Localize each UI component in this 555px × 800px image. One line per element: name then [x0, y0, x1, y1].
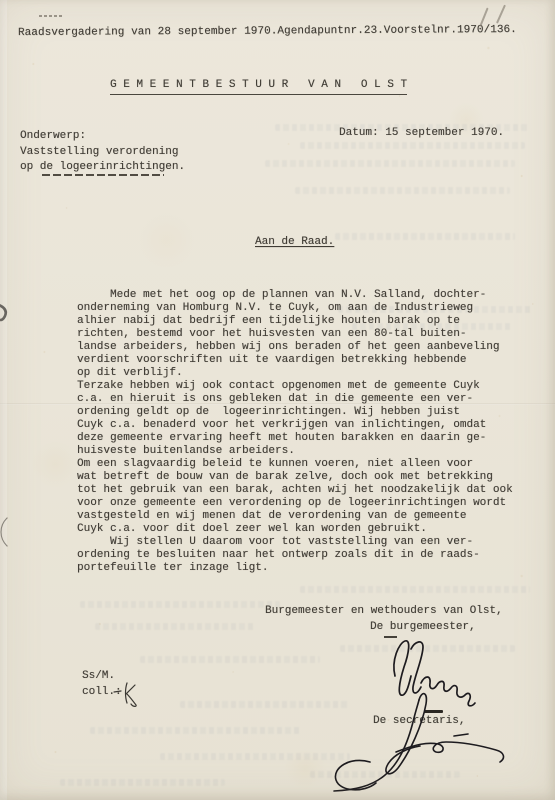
mayor-signature — [385, 638, 477, 714]
closing-secretary-title: De secretaris, — [373, 715, 465, 728]
subject-label: Onderwerp: — [20, 130, 86, 142]
ref-initials: Ss/M. — [82, 670, 115, 682]
coll-label: coll.: — [82, 686, 122, 698]
scan-edge-highlight — [0, 0, 7, 800]
bleedthrough-line — [180, 701, 350, 708]
subject-line-1: Vaststelling verordening — [20, 146, 178, 158]
document-title: G E M E E N T B E S T U U R V A N O L S … — [110, 79, 407, 95]
bleedthrough-line — [310, 771, 460, 778]
closing-mayor-title: De burgemeester, — [370, 621, 476, 634]
closing-org-line: Burgemeester en wethouders van Olst, — [265, 605, 503, 618]
subject-dashed-underline — [42, 174, 164, 176]
bleedthrough-line — [300, 586, 530, 593]
salutation: Aan de Raad. — [255, 236, 334, 249]
clerk-reference-block: Ss/M.coll.: — [82, 669, 122, 700]
subject-block: Onderwerp:Vaststelling verordeningop de … — [20, 129, 185, 176]
bleedthrough-line — [160, 753, 350, 760]
date-line: Datum: 15 september 1970. — [339, 127, 504, 140]
bleedthrough-line — [335, 233, 515, 240]
bleedthrough-line — [95, 623, 255, 630]
pen-dash-mark — [424, 710, 443, 713]
bleedthrough-line — [295, 187, 510, 194]
bleedthrough-line — [340, 645, 515, 652]
bleedthrough-line — [80, 601, 280, 608]
edge-ink-blot — [0, 300, 12, 328]
bleedthrough-line — [300, 142, 525, 149]
secretary-signature — [326, 686, 516, 796]
edge-curve-mark — [0, 516, 9, 548]
mayor-title-underline-mark — [384, 636, 397, 638]
body-text: Mede met het oog op de plannen van N.V. … — [77, 289, 513, 575]
bleedthrough-line — [140, 656, 320, 663]
pencil-slash-mark — [496, 5, 506, 24]
pencil-dash-mark — [39, 15, 62, 17]
meeting-reference-line: Raadsvergadering van 28 september 1970.A… — [18, 24, 517, 40]
bleedthrough-line — [90, 727, 300, 734]
subject-line-2: op de logeerinrichtingen. — [20, 161, 185, 173]
scanned-document-page: Raadsvergadering van 28 september 1970.A… — [0, 0, 555, 800]
bleedthrough-line — [265, 160, 515, 167]
bleedthrough-line — [60, 779, 225, 786]
